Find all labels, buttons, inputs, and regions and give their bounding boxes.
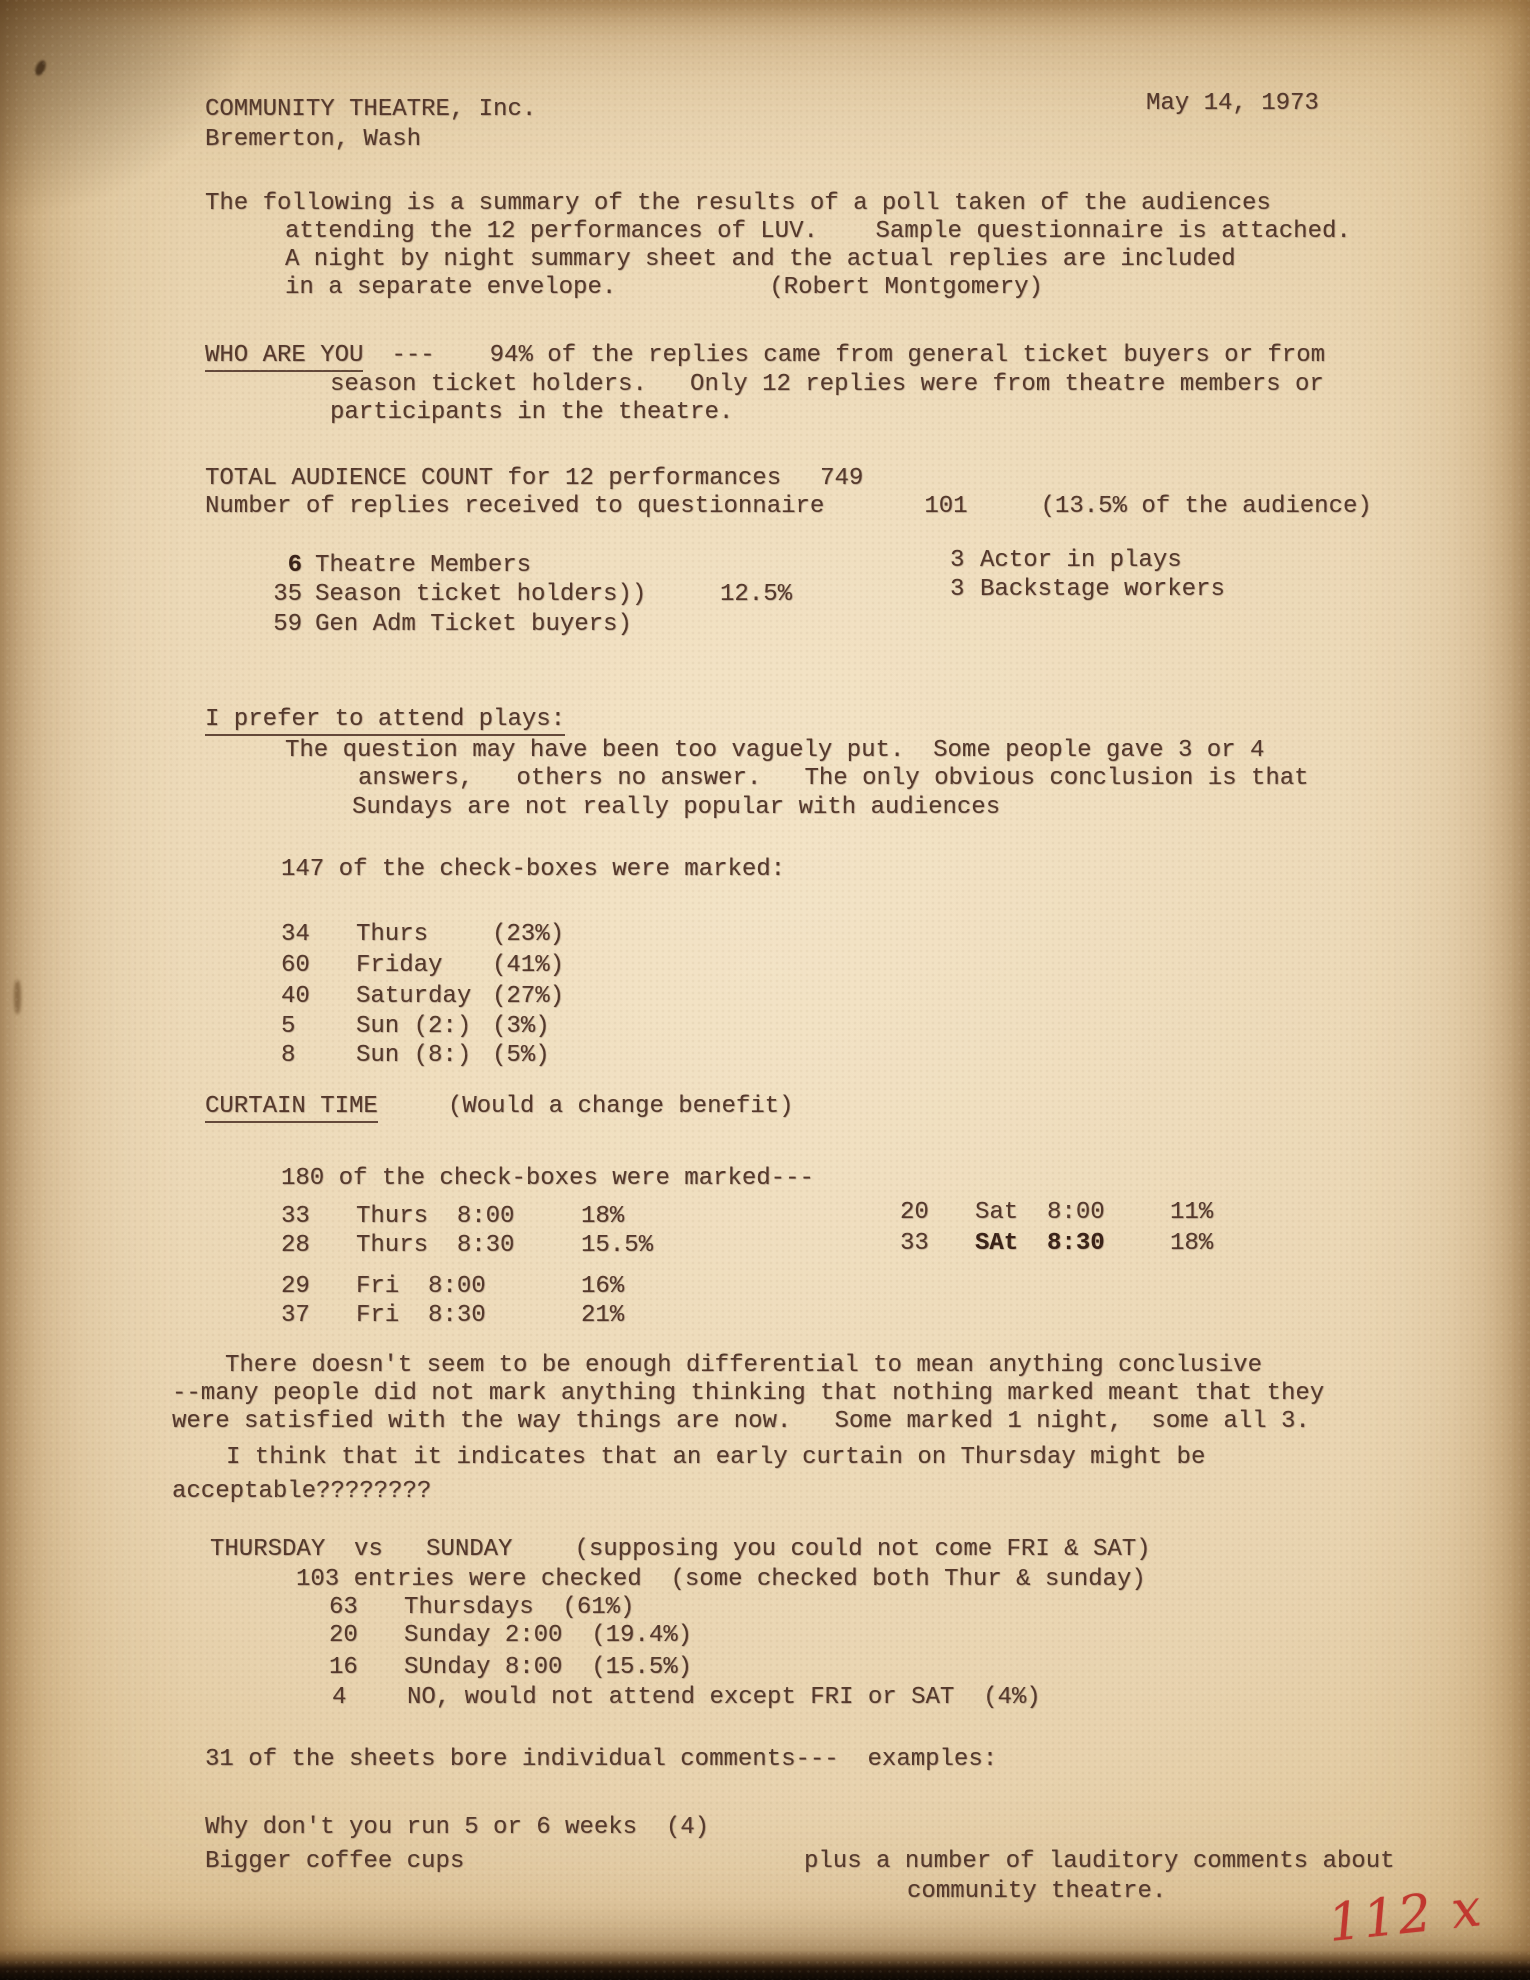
theatre-members-label: Theatre Members [315,552,531,579]
slot-count: 37 [281,1302,310,1329]
gen-adm-count: 59 [270,611,302,638]
heading-dashes: --- [391,342,434,369]
author-credit: (Robert Montgomery) [769,274,1043,301]
day-count: 8 [281,1042,295,1069]
day-label: Saturday [356,983,471,1010]
slot-label: Sat 8:00 [975,1199,1105,1226]
curtain-para-1: There doesn't seem to be enough differen… [225,1352,1262,1379]
season-ticket-label: Season ticket holders)) [315,581,646,608]
day-percent: (5%) [492,1042,550,1069]
prefer-line-2: answers, others no answer. The only obvi… [358,765,1309,792]
curtain-note: (Would a change benefit) [448,1093,794,1120]
curtain-para-5: acceptable???????? [172,1478,431,1505]
who-are-you-line-1: WHO ARE YOU---94% of the replies came fr… [205,342,1325,369]
tvs-count: 63 [329,1594,358,1621]
laudatory-note-line-1: plus a number of lauditory comments abou… [804,1848,1395,1875]
curtain-heading-line: CURTAIN TIME(Would a change benefit) [205,1093,793,1120]
slot-percent: 18% [581,1203,624,1230]
curtain-row: 33Thurs 8:0018% [281,1203,841,1230]
curtain-para-3: were satisfied with the way things are n… [172,1408,1310,1435]
day-count-row: 8Sun (8:)(5%) [281,1042,731,1069]
intro-line-2: attending the 12 performances of LUV. Sa… [285,218,1351,245]
who-are-you-text: 94% of the replies came from general tic… [490,342,1325,369]
tvs-row: 16SUnday 8:00 (15.5%) [329,1654,1129,1681]
handwritten-annotation: 112 x [1325,1878,1486,1954]
day-count: 5 [281,1013,295,1040]
curtain-para-4: I think that it indicates that an early … [226,1444,1205,1471]
slot-count: 20 [900,1199,929,1226]
photo-bottom-edge [0,1950,1530,1980]
curtain-row: 33SAt 8:3018% [900,1230,1360,1257]
breakdown-row: 59Gen Adm Ticket buyers) [270,611,1170,638]
backstage-label: Backstage workers [980,576,1225,603]
thursday-vs-sunday-line: THURSDAY vs SUNDAY(supposing you could n… [210,1536,1151,1563]
slot-count: 33 [900,1230,929,1257]
intro-line-4: in a separate envelope.(Robert Montgomer… [285,274,1043,301]
who-are-you-line-3: participants in the theatre. [330,399,733,426]
who-are-you-line-2: season ticket holders. Only 12 replies w… [330,371,1324,398]
prefer-heading: I prefer to attend plays: [205,706,565,733]
tvs-row: 63Thursdays (61%) [329,1594,1129,1621]
day-count-row: 5Sun (2:)(3%) [281,1013,731,1040]
slot-percent: 21% [581,1302,624,1329]
intro-envelope-text: in a separate envelope. [285,274,616,301]
tvs-label: NO, would not attend except FRI or SAT (… [407,1684,1041,1711]
comments-intro: 31 of the sheets bore individual comment… [205,1746,997,1773]
gen-adm-label: Gen Adm Ticket buyers) [315,611,632,638]
prefer-line-3: Sundays are not really popular with audi… [352,794,1000,821]
curtain-para-2: --many people did not mark anything thin… [172,1380,1324,1407]
comment-example-1: Why don't you run 5 or 6 weeks (4) [205,1814,709,1841]
tvs-label: Thursdays (61%) [404,1594,634,1621]
prefer-line-1: The question may have been too vaguely p… [285,737,1264,764]
slot-count: 28 [281,1232,310,1259]
curtain-row: 29Fri 8:0016% [281,1273,841,1300]
breakdown-row: 3Backstage workers [950,576,1450,603]
total-audience-value: 749 [820,465,863,492]
thursday-vs-sunday-note: (supposing you could not come FRI & SAT) [574,1536,1150,1563]
document-date: May 14, 1973 [1146,90,1319,117]
theatre-members-count: 6 [270,552,302,579]
tvs-count: 4 [332,1684,346,1711]
slot-label: Fri 8:00 [356,1273,486,1300]
replies-value: 101 [924,493,967,520]
org-city: Bremerton, Wash [205,126,421,153]
curtain-row: 37Fri 8:3021% [281,1302,841,1329]
slot-label: SAt 8:30 [975,1230,1105,1257]
tvs-label: SUnday 8:00 (15.5%) [404,1654,692,1681]
slot-percent: 15.5% [581,1232,653,1259]
curtain-marked-line: 180 of the check-boxes were marked--- [281,1165,814,1192]
slot-count: 29 [281,1273,310,1300]
actor-count: 3 [950,547,964,574]
slot-percent: 11% [1170,1199,1213,1226]
day-percent: (41%) [492,952,564,979]
curtain-heading: CURTAIN TIME [205,1093,378,1123]
day-percent: (27%) [492,983,564,1010]
comment-example-2: Bigger coffee cups [205,1848,464,1875]
who-are-you-heading: WHO ARE YOU [205,342,363,372]
total-audience-line: TOTAL AUDIENCE COUNT for 12 performances… [205,465,863,492]
prefer-marked-line: 147 of the check-boxes were marked: [281,856,785,883]
prefer-heading-text: I prefer to attend plays: [205,706,565,736]
intro-line-3: A night by night summary sheet and the a… [285,246,1236,273]
backstage-count: 3 [950,576,964,603]
day-label: Sun (8:) [356,1042,471,1069]
tvs-label: Sunday 2:00 (19.4%) [404,1622,692,1649]
tvs-row: 20Sunday 2:00 (19.4%) [329,1622,1129,1649]
tvs-row: 4NO, would not attend except FRI or SAT … [332,1684,1132,1711]
slot-label: Thurs 8:00 [356,1203,514,1230]
slot-label: Thurs 8:30 [356,1232,514,1259]
paper-blemish [14,980,21,1014]
replies-line: Number of replies received to questionna… [205,493,1372,520]
day-label: Friday [356,952,442,979]
day-count: 34 [281,921,310,948]
total-audience-label: TOTAL AUDIENCE COUNT for 12 performances [205,465,781,492]
day-count-row: 60Friday(41%) [281,952,731,979]
day-count-row: 40Saturday(27%) [281,983,731,1010]
laudatory-note-line-2: community theatre. [907,1878,1166,1905]
curtain-row: 20Sat 8:0011% [900,1199,1360,1226]
slot-label: Fri 8:30 [356,1302,486,1329]
day-count: 40 [281,983,310,1010]
day-percent: (3%) [492,1013,550,1040]
slot-percent: 16% [581,1273,624,1300]
scanned-document-page: COMMUNITY THEATRE, Inc. May 14, 1973 Bre… [0,0,1530,1980]
intro-line-1: The following is a summary of the result… [205,190,1271,217]
breakdown-row: 3Actor in plays [950,547,1450,574]
entries-checked-line: 103 entries were checked (some checked b… [296,1566,1146,1593]
day-percent: (23%) [492,921,564,948]
thursday-vs-sunday-heading: THURSDAY vs SUNDAY [210,1536,512,1563]
replies-label: Number of replies received to questionna… [205,493,824,520]
tvs-count: 16 [329,1654,358,1681]
tvs-count: 20 [329,1622,358,1649]
slot-count: 33 [281,1203,310,1230]
ticket-percent: 12.5% [720,581,792,608]
actor-label: Actor in plays [980,547,1182,574]
slot-percent: 18% [1170,1230,1213,1257]
season-ticket-count: 35 [270,581,302,608]
day-count: 60 [281,952,310,979]
replies-percent: (13.5% of the audience) [1041,493,1372,520]
day-label: Sun (2:) [356,1013,471,1040]
day-label: Thurs [356,921,428,948]
org-name: COMMUNITY THEATRE, Inc. [205,96,536,123]
day-count-row: 34Thurs(23%) [281,921,731,948]
curtain-row: 28Thurs 8:3015.5% [281,1232,841,1259]
